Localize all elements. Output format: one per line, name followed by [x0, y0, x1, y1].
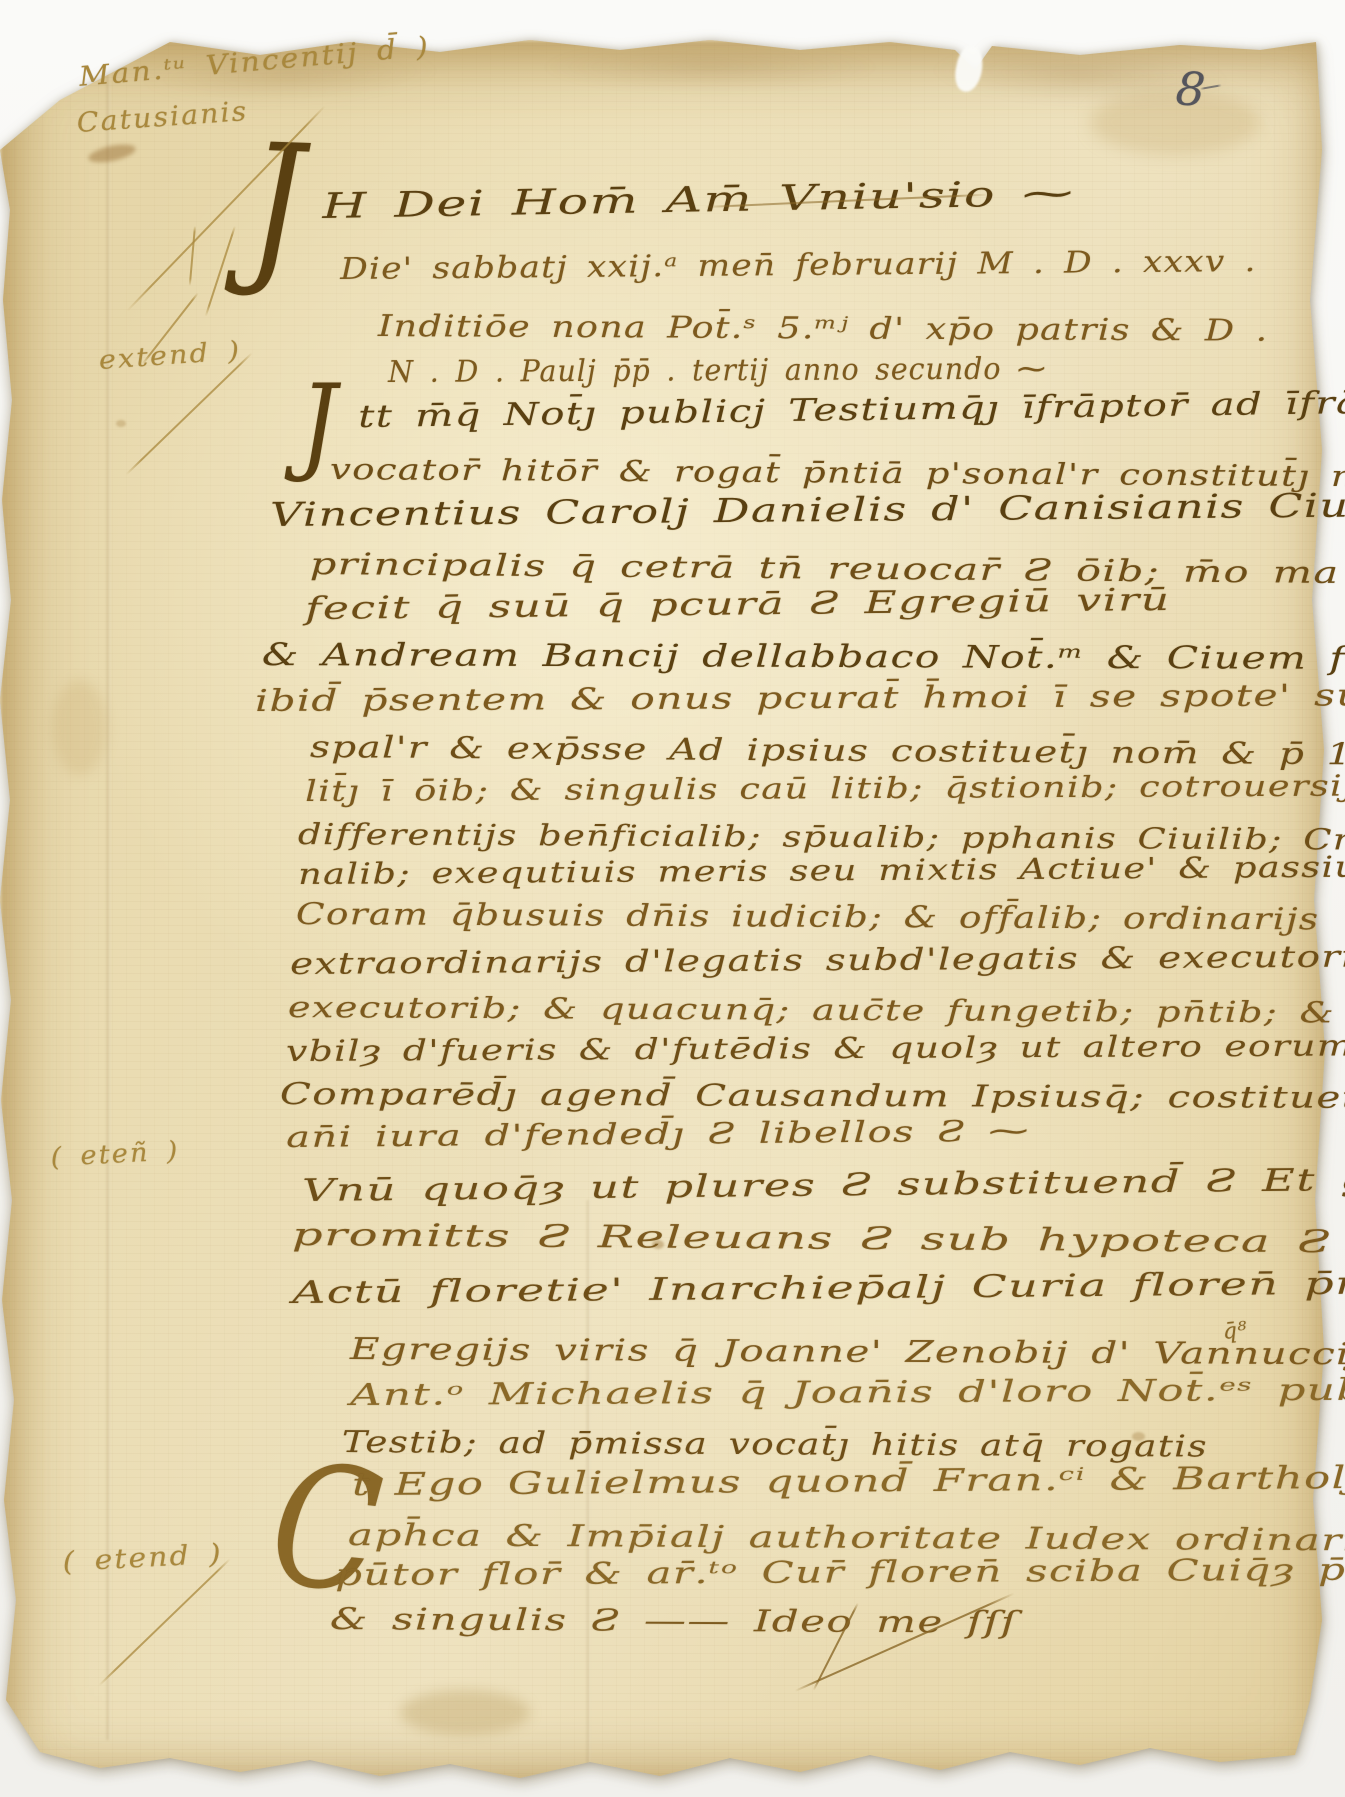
- flourish-stroke: [189, 226, 196, 286]
- notary-subscription-line: aph̄ca & Imp̄ialj authoritate Iudex ordi…: [348, 1521, 1345, 1557]
- date-line: Die' sabbatj xxij.ᵃ men̄ februarij M . D…: [340, 247, 1257, 285]
- body-line: differentijs ben̄ficialib; sp̄ualib; pph…: [298, 820, 1345, 855]
- body-line: Vnū quoq̄ȝ ut plures Ƨ substituend̄ Ƨ Et…: [302, 1163, 1345, 1207]
- ink-layer: Man.ᵗᵘ Vincentij d̄ ) Catusianis extend …: [0, 0, 1345, 1797]
- heading-line: H Dei Hom̄ Am̄ Vniu'sio ⁓: [322, 177, 1075, 225]
- notary-subscription-line: pūtor flor̄ & ar̄.ᵗᵒ Cur̄ floren̄ sciba …: [335, 1555, 1345, 1591]
- initial-letter-J-heading: J: [247, 140, 304, 274]
- body-line: vbilȝ d'fueris & d'futēdis & quolȝ ut al…: [286, 1031, 1345, 1066]
- body-line: an̄i iura d'fended̄ȷ Ƨ libellos Ƨ ⁓: [286, 1117, 1030, 1152]
- folio-number: 8: [1174, 61, 1207, 117]
- margin-note-mandatum: Man.ᵗᵘ Vincentij d̄ ): [78, 33, 431, 91]
- margin-note-extend-2: ( eteñ ): [50, 1138, 180, 1171]
- body-line: promitts Ƨ Releuans Ƨ sub hypoteca Ƨ sup…: [292, 1220, 1345, 1260]
- margin-note-catusianis: Catusianis: [76, 98, 249, 137]
- witness-line: Testib; ad p̄missa vocat̄ȷ hitis atq̄ ro…: [342, 1428, 1208, 1463]
- body-line: principalis q̄ cetrā tn̄ reuocar̄ Ƨ ōib;…: [310, 550, 1345, 590]
- body-line: spal'r & exp̄sse Ad ipsius costituet̄ȷ n…: [310, 733, 1345, 772]
- body-line: extraordinarijs d'legatis subd'legatis &…: [290, 942, 1345, 980]
- witness-superscript: q̄⁸: [1222, 1320, 1249, 1344]
- notary-subscription-line: t Ego Gulielmus quond̄ Fran.ᶜⁱ & Barthol…: [352, 1461, 1345, 1501]
- body-line: Coram q̄busuis dn̄is iudicib; & off̄alib…: [296, 900, 1320, 935]
- actum-line: Actū floretie' Inarchiep̄alj Curia flore…: [292, 1267, 1345, 1309]
- body-line: fecit q̄ suū q̄ pcurā Ƨ Egregiū virū: [305, 585, 1171, 625]
- notary-subscription-line: & singulis Ƨ —— Ideo me ſſſ: [330, 1605, 1018, 1639]
- body-line: & Andream Bancij dellabbaco Not̄.ᵐ & Ciu…: [262, 640, 1345, 675]
- flourish-stroke: [98, 1558, 230, 1686]
- margin-note-extend-3: ( etend ): [62, 1541, 223, 1576]
- body-line: Vincentius Carolj Danielis d' Canisianis…: [270, 486, 1345, 531]
- body-line: executorib; & quacunq̄; auc̄te fungetib;…: [288, 993, 1345, 1028]
- margin-note-extend-1: extend ): [98, 338, 242, 374]
- body-line: nalib; exequtiuis meris seu mixtis Actiu…: [298, 852, 1345, 889]
- manuscript-scan: 8 Man.ᵗᵘ Vincentij d̄ ) Catusianis exten…: [0, 0, 1345, 1797]
- flourish-stroke: [205, 226, 236, 317]
- body-line: lit̄ȷ ī ōib; & singulis caū litib; q̄sti…: [305, 771, 1345, 806]
- body-line: ibid̄ p̄sentem & onus pcurat̄ h̄moi ī se…: [255, 680, 1345, 717]
- witness-line: Ant.ᵒ Michaelis q̄ Joan̄is d'loro Not̄.ᵉ…: [350, 1375, 1345, 1411]
- witness-line: Egregijs viris q̄ Joanne' Zenobij d' Van…: [350, 1335, 1345, 1371]
- body-line: tt m̄q̄ Not̄ȷ publicj Testiumq̄ȷ īfrāpto…: [358, 387, 1345, 433]
- date-line: Inditiōe nona Pot̄.ˢ 5.ᵐʲ d' xp̄o patris…: [378, 312, 1269, 347]
- body-line: Comparēd̄ȷ agend̄ Causandum Ipsiusq̄; co…: [280, 1080, 1345, 1114]
- date-line: N . D . Paulj p̄p̄ . tertij anno secundo…: [388, 355, 1047, 388]
